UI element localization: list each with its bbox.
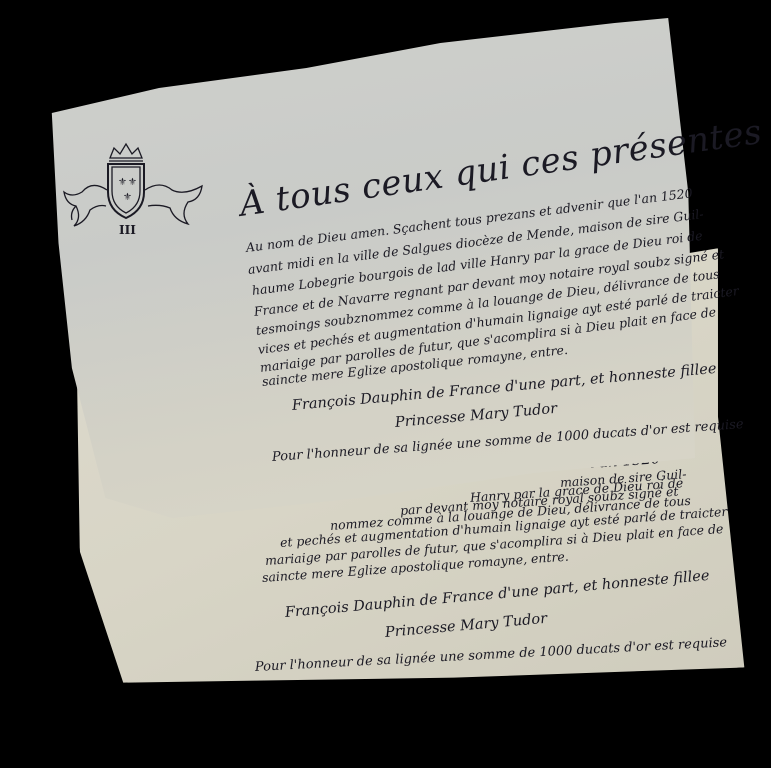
crest-numeral: III <box>119 223 136 237</box>
fleur-de-lis-crest-icon: ⚜ ⚜ ⚜ III <box>62 140 212 240</box>
svg-text:⚜: ⚜ <box>123 192 132 203</box>
svg-text:⚜: ⚜ <box>128 177 137 188</box>
royal-crest: ⚜ ⚜ ⚜ III <box>62 140 212 240</box>
svg-text:⚜: ⚜ <box>118 177 127 188</box>
